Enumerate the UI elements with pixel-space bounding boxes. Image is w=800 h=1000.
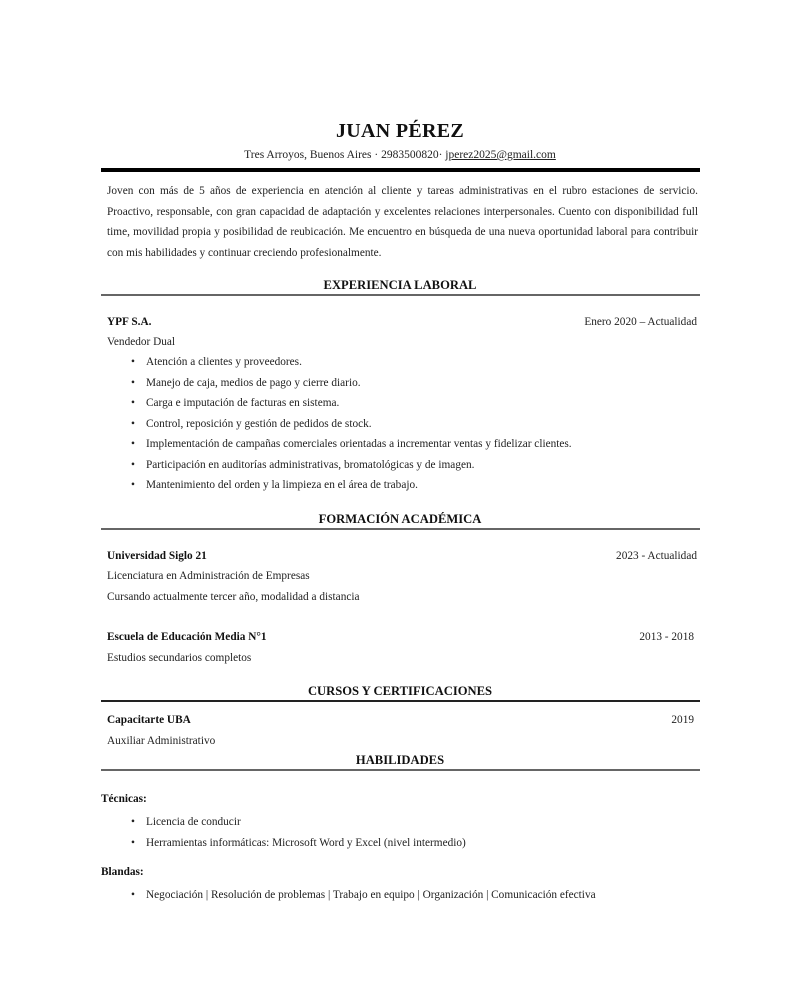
candidate-name: JUAN PÉREZ xyxy=(0,120,800,143)
job-bullet: Implementación de campañas comerciales o… xyxy=(146,438,572,450)
job-bullet: Atención a clientes y proveedores. xyxy=(146,356,302,368)
job-company: YPF S.A. xyxy=(107,316,151,328)
skills-soft-label: Blandas: xyxy=(101,866,144,878)
contact-line: Tres Arroyos, Buenos Aires · 2983500820·… xyxy=(0,149,800,161)
bullet-icon: • xyxy=(131,356,135,368)
profile-summary: Joven con más de 5 años de experiencia e… xyxy=(107,181,698,263)
education-institution: Escuela de Educación Media N°1 xyxy=(107,631,267,643)
job-bullet: Carga e imputación de facturas en sistem… xyxy=(146,397,339,409)
education-institution: Universidad Siglo 21 xyxy=(107,550,207,562)
education-dates: 2023 - Actualidad xyxy=(616,550,697,562)
bullet-icon: • xyxy=(131,438,135,450)
bullet-icon: • xyxy=(131,377,135,389)
job-role: Vendedor Dual xyxy=(107,336,175,348)
bullet-icon: • xyxy=(131,837,135,849)
bullet-icon: • xyxy=(131,397,135,409)
section-divider xyxy=(101,769,700,771)
bullet-icon: • xyxy=(131,459,135,471)
bullet-icon: • xyxy=(131,889,135,901)
job-bullet: Control, reposición y gestión de pedidos… xyxy=(146,418,372,430)
education-detail: Estudios secundarios completos xyxy=(107,652,251,664)
job-dates: Enero 2020 – Actualidad xyxy=(584,316,697,328)
job-bullet: Manejo de caja, medios de pago y cierre … xyxy=(146,377,361,389)
section-title-courses: CURSOS Y CERTIFICACIONES xyxy=(0,684,800,699)
job-bullet: Participación en auditorías administrati… xyxy=(146,459,474,471)
skill-item: Herramientas informáticas: Microsoft Wor… xyxy=(146,837,466,849)
section-title-skills: HABILIDADES xyxy=(0,753,800,768)
skill-item: Negociación | Resolución de problemas | … xyxy=(146,889,596,901)
email-link[interactable]: jperez2025@gmail.com xyxy=(445,149,556,161)
education-dates: 2013 - 2018 xyxy=(639,631,694,643)
bullet-icon: • xyxy=(131,816,135,828)
course-dates: 2019 xyxy=(671,714,694,726)
education-detail: Licenciatura en Administración de Empres… xyxy=(107,570,310,582)
section-title-experience: EXPERIENCIA LABORAL xyxy=(0,278,800,293)
section-divider xyxy=(101,528,700,530)
section-title-education: FORMACIÓN ACADÉMICA xyxy=(0,512,800,527)
course-institution: Capacitarte UBA xyxy=(107,714,191,726)
resume-page: JUAN PÉREZ Tres Arroyos, Buenos Aires · … xyxy=(0,0,800,1000)
skills-technical-label: Técnicas: xyxy=(101,793,147,805)
bullet-icon: • xyxy=(131,479,135,491)
skill-item: Licencia de conducir xyxy=(146,816,241,828)
header-divider xyxy=(101,168,700,172)
section-divider xyxy=(101,700,700,702)
course-detail: Auxiliar Administrativo xyxy=(107,735,215,747)
bullet-icon: • xyxy=(131,418,135,430)
section-divider xyxy=(101,294,700,296)
education-detail: Cursando actualmente tercer año, modalid… xyxy=(107,591,360,603)
location-phone: Tres Arroyos, Buenos Aires · 2983500820· xyxy=(244,149,442,161)
job-bullet: Mantenimiento del orden y la limpieza en… xyxy=(146,479,418,491)
